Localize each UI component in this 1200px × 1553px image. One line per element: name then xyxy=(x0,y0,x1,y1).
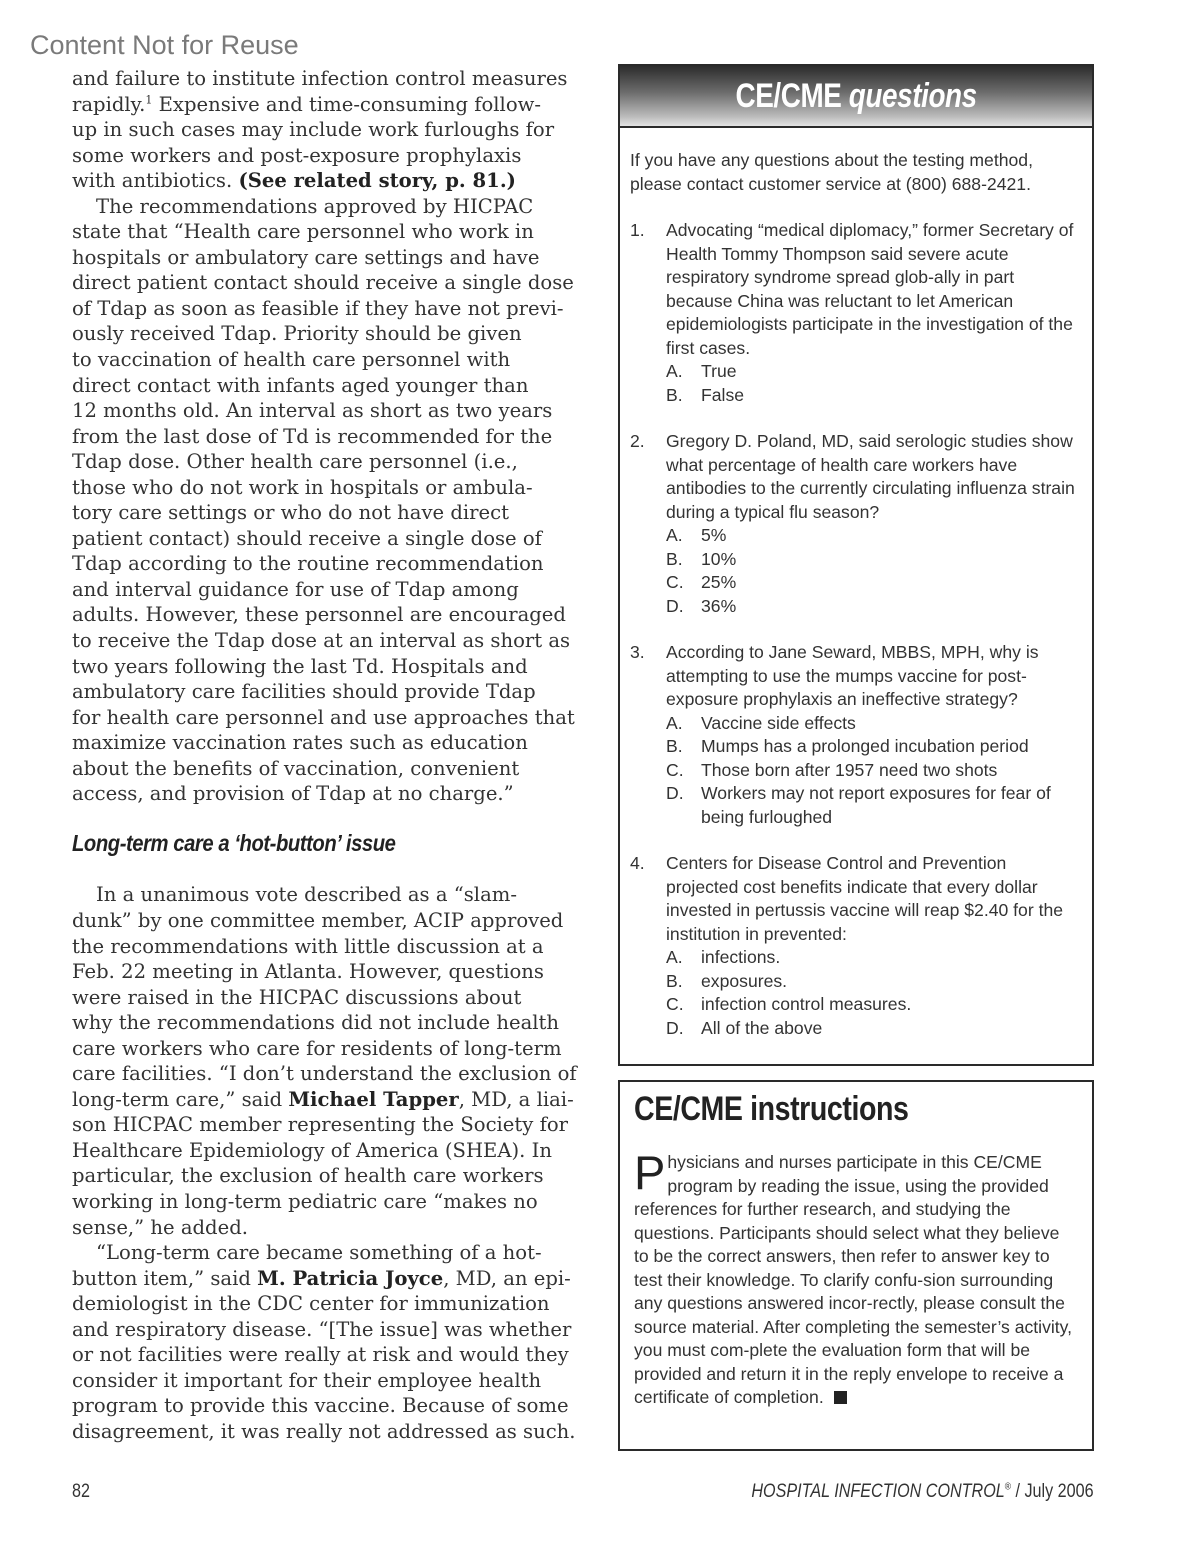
answer-option[interactable]: B.False xyxy=(666,384,1082,408)
text-segment: long-term care,” said xyxy=(72,1088,288,1111)
questions-header: CE/CME questions xyxy=(618,64,1094,128)
question-text: Advocating “medical diplomacy,” former S… xyxy=(666,219,1082,360)
text-line: ously received Tdap. Priority should be … xyxy=(72,321,550,347)
question-content: Gregory D. Poland, MD, said serologic st… xyxy=(666,430,1082,618)
text-segment: button item,” said xyxy=(72,1267,257,1290)
question-content: Centers for Disease Control and Preventi… xyxy=(666,852,1082,1040)
section-subheading: Long-term care a ‘hot-button’ issue xyxy=(72,831,493,857)
text-segment: , MD, a liai- xyxy=(459,1088,574,1111)
option-letter: B. xyxy=(666,548,701,572)
text-line: dunk” by one committee member, ACIP appr… xyxy=(72,908,550,934)
text-line: to receive the Tdap dose at an interval … xyxy=(72,628,550,654)
option-text: 10% xyxy=(701,548,736,572)
text-line: the recommendations with little discussi… xyxy=(72,934,550,960)
question-text: Gregory D. Poland, MD, said serologic st… xyxy=(666,430,1082,524)
option-letter: A. xyxy=(666,360,701,384)
instructions-text: Physicians and nurses participate in thi… xyxy=(634,1151,1078,1410)
text-line: sense,” he added. xyxy=(72,1215,550,1241)
answer-option[interactable]: C.infection control measures. xyxy=(666,993,1082,1017)
option-text: False xyxy=(701,384,744,408)
text-segment: Expensive and time-consuming follow- xyxy=(152,93,541,116)
answer-option[interactable]: C.Those born after 1957 need two shots xyxy=(666,759,1082,783)
text-line: consider it important for their employee… xyxy=(72,1368,550,1394)
text-segment: , MD, an epi- xyxy=(443,1267,571,1290)
option-letter: A. xyxy=(666,712,701,736)
question-number: 3. xyxy=(630,641,666,829)
title-main: CE/CME xyxy=(735,77,841,115)
option-text: infections. xyxy=(701,946,780,970)
text-line: 12 months old. An interval as short as t… xyxy=(72,398,550,424)
option-text: exposures. xyxy=(701,970,787,994)
instructions-title: CE/CME instructions xyxy=(634,1090,1007,1129)
end-mark-icon xyxy=(834,1391,847,1404)
answer-option[interactable]: A.infections. xyxy=(666,946,1082,970)
option-letter: C. xyxy=(666,759,701,783)
question-text: Centers for Disease Control and Preventi… xyxy=(666,852,1082,946)
text-line: and respiratory disease. “[The issue] wa… xyxy=(72,1317,550,1343)
question-item: 3.According to Jane Seward, MBBS, MPH, w… xyxy=(630,641,1082,829)
text-line: why the recommendations did not include … xyxy=(72,1010,550,1036)
related-story-link[interactable]: (See related story, p. 81.) xyxy=(238,169,515,192)
option-text: All of the above xyxy=(701,1017,822,1041)
text-line: In a unanimous vote described as a “slam… xyxy=(72,882,550,908)
text-line: some workers and post-exposure prophylax… xyxy=(72,143,550,169)
option-text: Those born after 1957 need two shots xyxy=(701,759,997,783)
option-text: True xyxy=(701,360,737,384)
question-content: According to Jane Seward, MBBS, MPH, why… xyxy=(666,641,1082,829)
text-line: program to provide this vaccine. Because… xyxy=(72,1393,550,1419)
text-line: direct contact with infants aged younger… xyxy=(72,373,550,399)
answer-option[interactable]: B.Mumps has a prolonged incubation perio… xyxy=(666,735,1082,759)
text-line: Healthcare Epidemiology of America (SHEA… xyxy=(72,1138,550,1164)
option-text: Vaccine side effects xyxy=(701,712,856,736)
article-paragraph-1: and failure to institute infection contr… xyxy=(72,66,550,194)
text-line: access, and provision of Tdap at no char… xyxy=(72,781,550,807)
instructions-body: hysicians and nurses participate in this… xyxy=(634,1152,1072,1407)
answer-option[interactable]: D.Workers may not report exposures for f… xyxy=(666,782,1082,829)
text-line: or not facilities were really at risk an… xyxy=(72,1342,550,1368)
text-line: “Long-term care became something of a ho… xyxy=(72,1240,550,1266)
text-line: patient contact) should receive a single… xyxy=(72,526,550,552)
option-letter: C. xyxy=(666,571,701,595)
questions-intro: If you have any questions about the test… xyxy=(630,149,1082,196)
text-line: maximize vaccination rates such as educa… xyxy=(72,730,550,756)
answer-option[interactable]: A.5% xyxy=(666,524,1082,548)
option-text: Mumps has a prolonged incubation period xyxy=(701,735,1029,759)
text-line: Tdap dose. Other health care personnel (… xyxy=(72,449,550,475)
option-letter: D. xyxy=(666,595,701,619)
text-line: about the benefits of vaccination, conve… xyxy=(72,756,550,782)
text-line: button item,” said M. Patricia Joyce, MD… xyxy=(72,1266,550,1292)
text-line: direct patient contact should receive a … xyxy=(72,270,550,296)
questions-title: CE/CME questions xyxy=(735,77,976,116)
answer-option[interactable]: D.36% xyxy=(666,595,1082,619)
text-line: to vaccination of health care personnel … xyxy=(72,347,550,373)
text-line: long-term care,” said Michael Tapper, MD… xyxy=(72,1087,550,1113)
text-line: hospitals or ambulatory care settings an… xyxy=(72,245,550,271)
watermark: Content Not for Reuse xyxy=(30,30,299,61)
option-letter: B. xyxy=(666,970,701,994)
text-segment: rapidly. xyxy=(72,93,145,116)
article-paragraph-4: “Long-term care became something of a ho… xyxy=(72,1240,550,1444)
question-number: 4. xyxy=(630,852,666,1040)
option-text: 25% xyxy=(701,571,736,595)
article-paragraph-3: In a unanimous vote described as a “slam… xyxy=(72,882,550,1240)
publication-name: HOSPITAL INFECTION CONTROL xyxy=(752,1481,1005,1502)
text-line: ambulatory care facilities should provid… xyxy=(72,679,550,705)
option-letter: D. xyxy=(666,1017,701,1041)
article-paragraph-2: The recommendations approved by HICPACst… xyxy=(72,194,550,807)
issue-date: / July 2006 xyxy=(1011,1481,1094,1502)
text-line: Tdap according to the routine recommenda… xyxy=(72,551,550,577)
answer-option[interactable]: B.10% xyxy=(666,548,1082,572)
answer-option[interactable]: C.25% xyxy=(666,571,1082,595)
question-number: 2. xyxy=(630,430,666,618)
text-line: up in such cases may include work furlou… xyxy=(72,117,550,143)
person-name: Michael Tapper xyxy=(288,1088,458,1111)
questions-body: If you have any questions about the test… xyxy=(618,127,1094,1066)
text-line: Feb. 22 meeting in Atlanta. However, que… xyxy=(72,959,550,985)
option-letter: C. xyxy=(666,993,701,1017)
answer-option[interactable]: A.Vaccine side effects xyxy=(666,712,1082,736)
text-line: state that “Health care personnel who wo… xyxy=(72,219,550,245)
answer-option[interactable]: A.True xyxy=(666,360,1082,384)
text-line: disagreement, it was really not addresse… xyxy=(72,1419,550,1445)
text-line: those who do not work in hospitals or am… xyxy=(72,475,550,501)
question-list: 1.Advocating “medical diplomacy,” former… xyxy=(630,219,1082,1040)
publication-footer: HOSPITAL INFECTION CONTROL® / July 2006 xyxy=(752,1481,1094,1503)
text-line: were raised in the HICPAC discussions ab… xyxy=(72,985,550,1011)
text-line: of Tdap as soon as feasible if they have… xyxy=(72,296,550,322)
question-item: 2.Gregory D. Poland, MD, said serologic … xyxy=(630,430,1082,618)
text-line: working in long-term pediatric care “mak… xyxy=(72,1189,550,1215)
text-line: rapidly.1 Expensive and time-consuming f… xyxy=(72,92,550,118)
text-line: two years following the last Td. Hospita… xyxy=(72,654,550,680)
text-line: adults. However, these personnel are enc… xyxy=(72,602,550,628)
question-item: 4.Centers for Disease Control and Preven… xyxy=(630,852,1082,1040)
question-content: Advocating “medical diplomacy,” former S… xyxy=(666,219,1082,407)
text-line: demiologist in the CDC center for immuni… xyxy=(72,1291,550,1317)
option-letter: A. xyxy=(666,524,701,548)
page-number: 82 xyxy=(72,1481,90,1503)
text-line: tory care settings or who do not have di… xyxy=(72,500,550,526)
answer-option[interactable]: D.All of the above xyxy=(666,1017,1082,1041)
title-italic: questions xyxy=(849,77,977,115)
option-letter: B. xyxy=(666,735,701,759)
option-text: infection control measures. xyxy=(701,993,911,1017)
text-line: care facilities. “I don’t understand the… xyxy=(72,1061,550,1087)
text-line: from the last dose of Td is recommended … xyxy=(72,424,550,450)
person-name: M. Patricia Joyce xyxy=(257,1267,443,1290)
option-letter: A. xyxy=(666,946,701,970)
option-letter: B. xyxy=(666,384,701,408)
text-line: The recommendations approved by HICPAC xyxy=(72,194,550,220)
text-line: particular, the exclusion of health care… xyxy=(72,1163,550,1189)
text-line: for health care personnel and use approa… xyxy=(72,705,550,731)
ce-cme-instructions-box: CE/CME instructions Physicians and nurse… xyxy=(618,1080,1094,1451)
drop-cap: P xyxy=(634,1154,665,1192)
question-text: According to Jane Seward, MBBS, MPH, why… xyxy=(666,641,1082,712)
article-column: and failure to institute infection contr… xyxy=(72,66,550,1444)
text-line: and failure to institute infection contr… xyxy=(72,66,550,92)
question-number: 1. xyxy=(630,219,666,407)
option-text: 5% xyxy=(701,524,726,548)
text-line: care workers who care for residents of l… xyxy=(72,1036,550,1062)
option-letter: D. xyxy=(666,782,701,829)
question-item: 1.Advocating “medical diplomacy,” former… xyxy=(630,219,1082,407)
answer-option[interactable]: B.exposures. xyxy=(666,970,1082,994)
text-segment: with antibiotics. xyxy=(72,169,238,192)
ce-cme-questions-box: CE/CME questions If you have any questio… xyxy=(618,64,1094,1066)
option-text: Workers may not report exposures for fea… xyxy=(701,782,1082,829)
text-line: son HICPAC member representing the Socie… xyxy=(72,1112,550,1138)
text-line: and interval guidance for use of Tdap am… xyxy=(72,577,550,603)
option-text: 36% xyxy=(701,595,736,619)
text-line: with antibiotics. (See related story, p.… xyxy=(72,168,550,194)
